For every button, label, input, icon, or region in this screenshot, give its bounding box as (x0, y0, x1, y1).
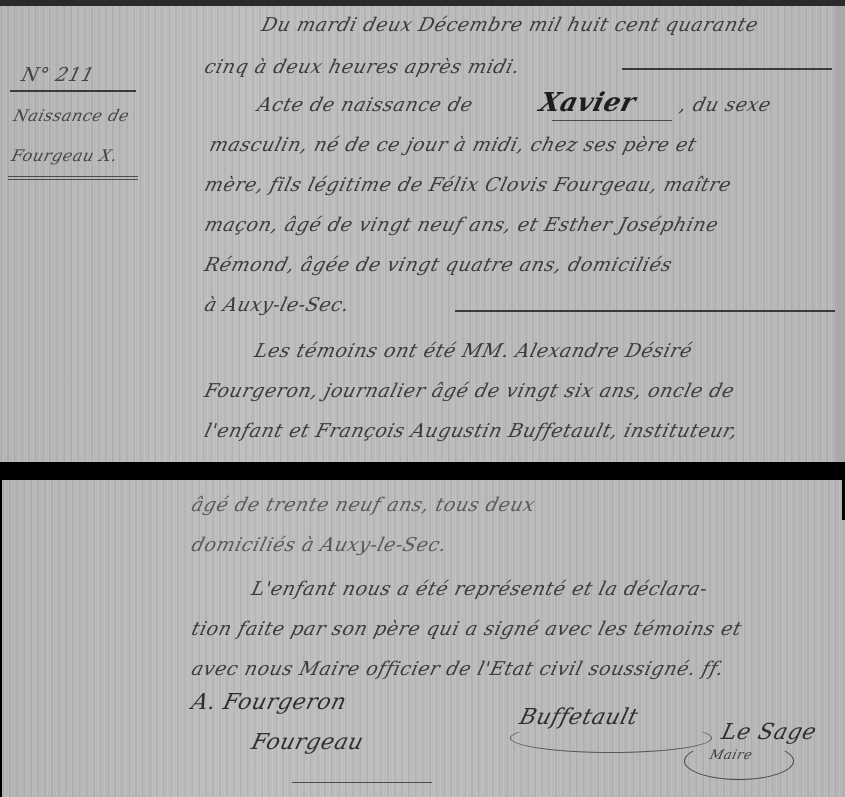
record-line-5: mère, fils légitime de Félix Clovis Four… (202, 174, 734, 196)
line-fill-rule-1 (622, 68, 832, 70)
record-line-4: masculin, né de ce jour à midi, chez ses… (207, 134, 699, 156)
signature-witness1: A. Fourgeron (189, 690, 349, 715)
page-edge-shadow (835, 6, 845, 462)
record-line-10: Fourgeron, journalier âgé de vingt six a… (202, 380, 737, 402)
margin-note-line2: Fourgeau X. (10, 146, 120, 165)
record-line-2: cinq à deux heures après midi. (202, 56, 522, 78)
margin-rule-1 (10, 90, 136, 92)
margin-double-rule-a (8, 176, 138, 177)
record-line-11: l'enfant et François Augustin Buffetault… (202, 420, 740, 442)
signature-mayor-title: Maire (708, 748, 754, 763)
record-line-13: domiciliés à Auxy-le-Sec. (189, 534, 449, 556)
line-fill-rule-2 (455, 310, 835, 312)
signature-father-flourish (292, 782, 432, 783)
child-name-underline (552, 120, 672, 121)
record-line-3c: , du sexe (677, 94, 773, 116)
record-line-16: avec nous Maire officier de l'Etat civil… (189, 658, 726, 680)
record-line-12: âgé de trente neuf ans, tous deux (189, 494, 537, 516)
margin-double-rule-b (8, 179, 138, 180)
child-name: Xavier (536, 88, 639, 118)
record-line-14: L'enfant nous a été représenté et la déc… (249, 578, 710, 600)
signature-father: Fourgeau (249, 730, 366, 755)
record-line-9: Les témoins ont été MM. Alexandre Désiré (252, 340, 695, 362)
record-line-1: Du mardi deux Décembre mil huit cent qua… (259, 14, 761, 36)
record-line-15: tion faite par son père qui a signé avec… (189, 618, 744, 640)
record-line-8: à Auxy-le-Sec. (202, 294, 352, 316)
signature-witness2-flourish (510, 723, 712, 753)
record-line-3a: Acte de naissance de (255, 94, 475, 116)
record-line-6: maçon, âgé de vingt neuf ans, et Esther … (202, 214, 721, 236)
margin-entry-number: N° 211 (19, 64, 97, 86)
margin-note-line1: Naissance de (12, 106, 132, 125)
document-page-top: N° 211 Naissance de Fourgeau X. Du mardi… (0, 6, 835, 462)
record-line-7: Rémond, âgée de vingt quatre ans, domici… (202, 254, 674, 276)
document-page-bottom: âgé de trente neuf ans, tous deux domici… (2, 480, 845, 797)
scan-edge-left (0, 480, 2, 520)
